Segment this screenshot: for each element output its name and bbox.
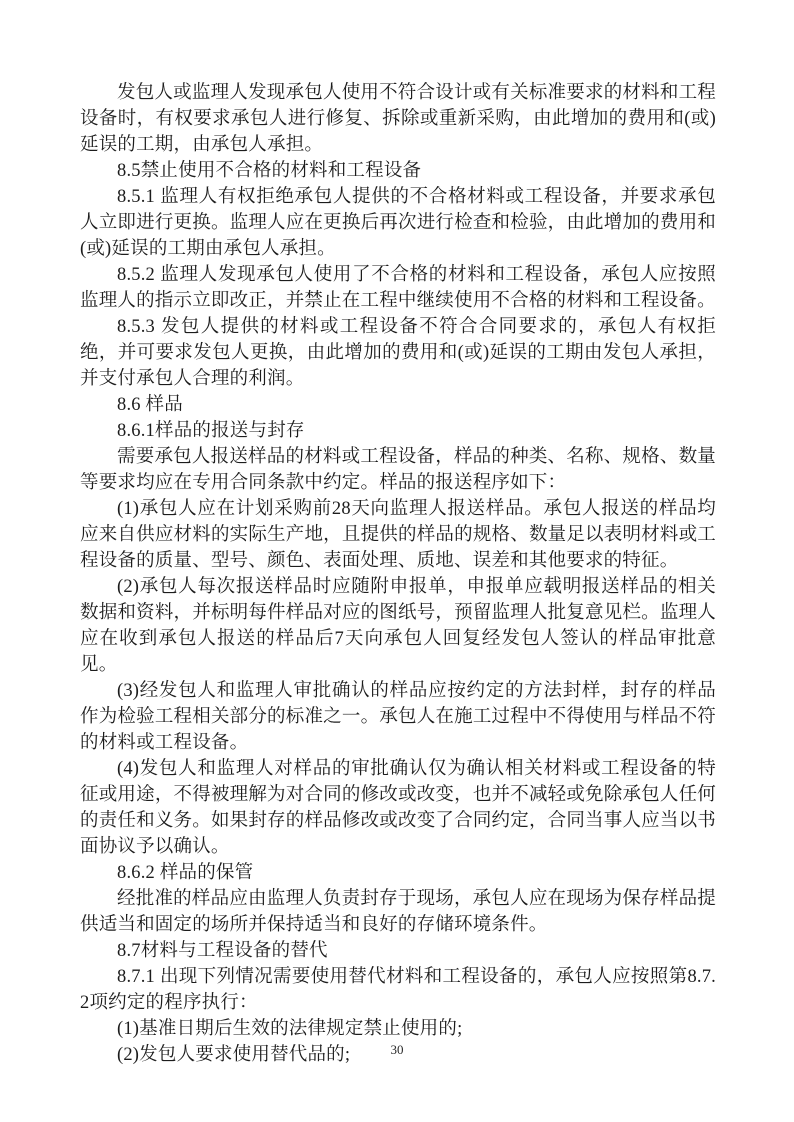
- clause-8-6-2-body: 经批准的样品应由监理人负责封存于现场，承包人应在现场为保存样品提供适当和固定的场…: [80, 886, 716, 938]
- heading-8-5: 8.5禁止使用不合格的材料和工程设备: [80, 158, 716, 184]
- clause-8-5-2: 8.5.2 监理人发现承包人使用了不合格的材料和工程设备，承包人应按照监理人的指…: [80, 262, 716, 314]
- clause-8-6-1-item-2: (2)承包人每次报送样品时应随附申报单，申报单应载明报送样品的相关数据和资料，并…: [80, 574, 716, 678]
- page-number: 30: [0, 1042, 794, 1058]
- heading-8-6-1: 8.6.1样品的报送与封存: [80, 418, 716, 444]
- clause-8-7-1: 8.7.1 出现下列情况需要使用替代材料和工程设备的，承包人应按照第8.7.2项…: [80, 964, 716, 1016]
- clause-8-5-3: 8.5.3 发包人提供的材料或工程设备不符合合同要求的，承包人有权拒绝，并可要求…: [80, 314, 716, 392]
- heading-8-6: 8.6 样品: [80, 392, 716, 418]
- document-body: 发包人或监理人发现承包人使用不符合设计或有关标准要求的材料和工程设备时，有权要求…: [80, 80, 716, 1068]
- heading-8-6-2: 8.6.2 样品的保管: [80, 860, 716, 886]
- clause-8-6-1-item-4: (4)发包人和监理人对样品的审批确认仅为确认相关材料或工程设备的特征或用途，不得…: [80, 756, 716, 860]
- intro-paragraph: 发包人或监理人发现承包人使用不符合设计或有关标准要求的材料和工程设备时，有权要求…: [80, 80, 716, 158]
- clause-8-6-1-item-1: (1)承包人应在计划采购前28天向监理人报送样品。承包人报送的样品均应来自供应材…: [80, 496, 716, 574]
- document-page: 发包人或监理人发现承包人使用不符合设计或有关标准要求的材料和工程设备时，有权要求…: [0, 0, 794, 1122]
- clause-8-5-1: 8.5.1 监理人有权拒绝承包人提供的不合格材料或工程设备，并要求承包人立即进行…: [80, 184, 716, 262]
- clause-8-6-1-item-3: (3)经发包人和监理人审批确认的样品应按约定的方法封样，封存的样品作为检验工程相…: [80, 678, 716, 756]
- clause-8-6-1-intro: 需要承包人报送样品的材料或工程设备，样品的种类、名称、规格、数量等要求均应在专用…: [80, 444, 716, 496]
- heading-8-7: 8.7材料与工程设备的替代: [80, 938, 716, 964]
- clause-8-7-1-item-1: (1)基准日期后生效的法律规定禁止使用的;: [80, 1016, 716, 1042]
